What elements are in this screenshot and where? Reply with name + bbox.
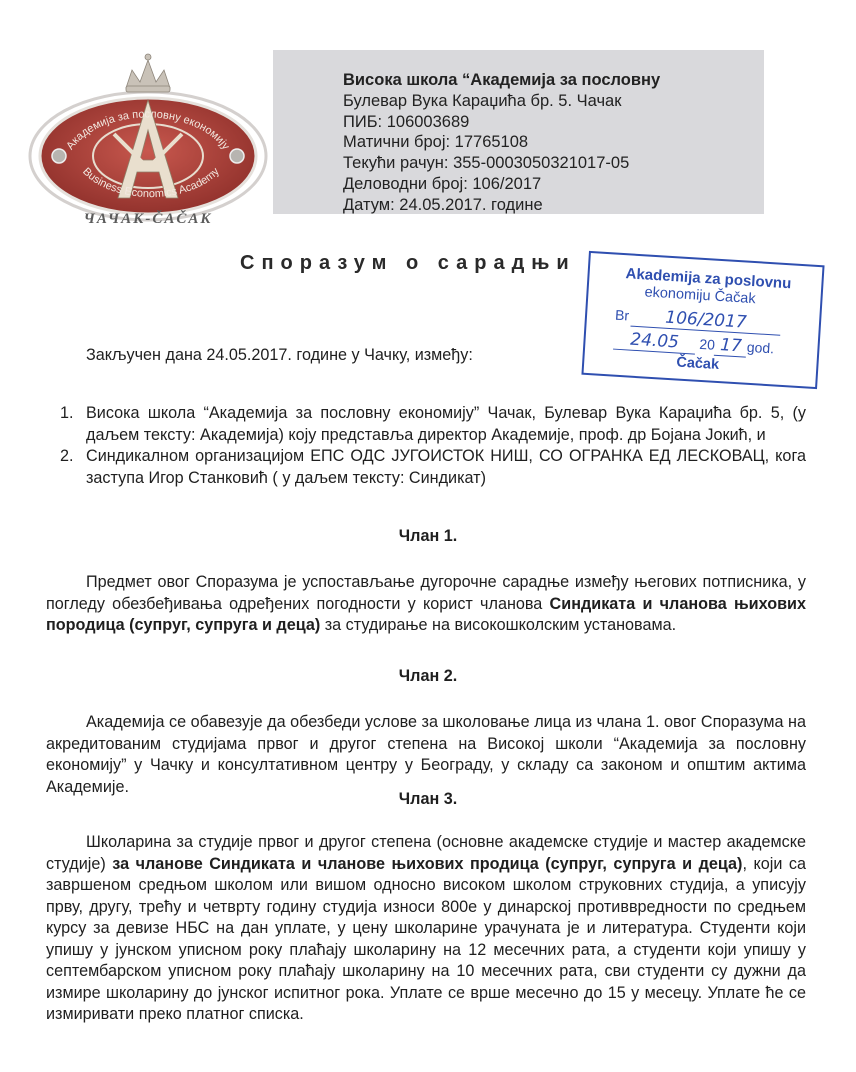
article-2-text: Академија се обавезује да обезбеди услов… <box>46 712 806 798</box>
article-3-text-post: , који са завршеном средњом школом или в… <box>46 855 806 1024</box>
registry-stamp: Akademija za poslovnu ekonomiju Čačak Br… <box>581 251 824 389</box>
party-number: 1. <box>60 403 74 425</box>
stamp-year-value: 17 <box>714 335 747 358</box>
article-1-heading: Члан 1. <box>0 527 856 546</box>
institution-address: Булевар Вука Караџића бр. 5. Чачак <box>343 91 660 112</box>
institution-info-box: Висока школа “Академија за пословну Буле… <box>273 50 764 214</box>
academy-emblem-icon: Академија за пословну економију Business… <box>28 48 268 226</box>
institution-name: Висока школа “Академија за пословну <box>343 70 660 91</box>
article-2-heading: Члан 2. <box>0 667 856 686</box>
article-3-text-bold: за чланове Синдиката и чланове њихових п… <box>112 855 742 873</box>
party-item: 2. Синдикалном организацијом ЕПС ОДС ЈУГ… <box>46 446 806 489</box>
stamp-year-prefix: 20 <box>699 336 716 353</box>
party-text: Висока школа “Академија за пословну екон… <box>86 404 806 444</box>
stamp-year-suffix: god. <box>746 339 774 357</box>
bank-account: Текући рачун: 355-0003050321017-05 <box>343 153 660 174</box>
svg-text:ЧАЧАК-ČAČAK: ЧАЧАК-ČAČAK <box>84 210 213 226</box>
pib-number: ПИБ: 106003689 <box>343 112 660 133</box>
party-item: 1. Висока школа “Академија за пословну е… <box>46 403 806 446</box>
registration-number: Матични број: 17765108 <box>343 132 660 153</box>
document-date: Датум: 24.05.2017. године <box>343 195 660 216</box>
file-number: Деловодни број: 106/2017 <box>343 174 660 195</box>
party-number: 2. <box>60 446 74 468</box>
article-3-heading: Члан 3. <box>0 790 856 809</box>
concluded-statement: Закључен дана 24.05.2017. године у Чачку… <box>86 345 473 367</box>
stamp-br-label: Br <box>615 307 630 324</box>
stamp-date-value: 24.05 <box>613 329 696 355</box>
article-3-text: Школарина за студије првог и другог степ… <box>46 832 806 1026</box>
stamp-city: Čačak <box>676 354 720 373</box>
party-text: Синдикалном организацијом ЕПС ОДС ЈУГОИС… <box>86 447 806 487</box>
academy-logo: Академија за пословну економију Business… <box>28 48 268 226</box>
article-1-text-post: за студирање на високошколским установам… <box>320 616 676 634</box>
document-title: Споразум о сарадњи <box>240 252 576 275</box>
parties-list: 1. Висока школа “Академија за пословну е… <box>46 403 806 489</box>
article-1-text: Предмет овог Споразума је успостављање д… <box>46 572 806 637</box>
